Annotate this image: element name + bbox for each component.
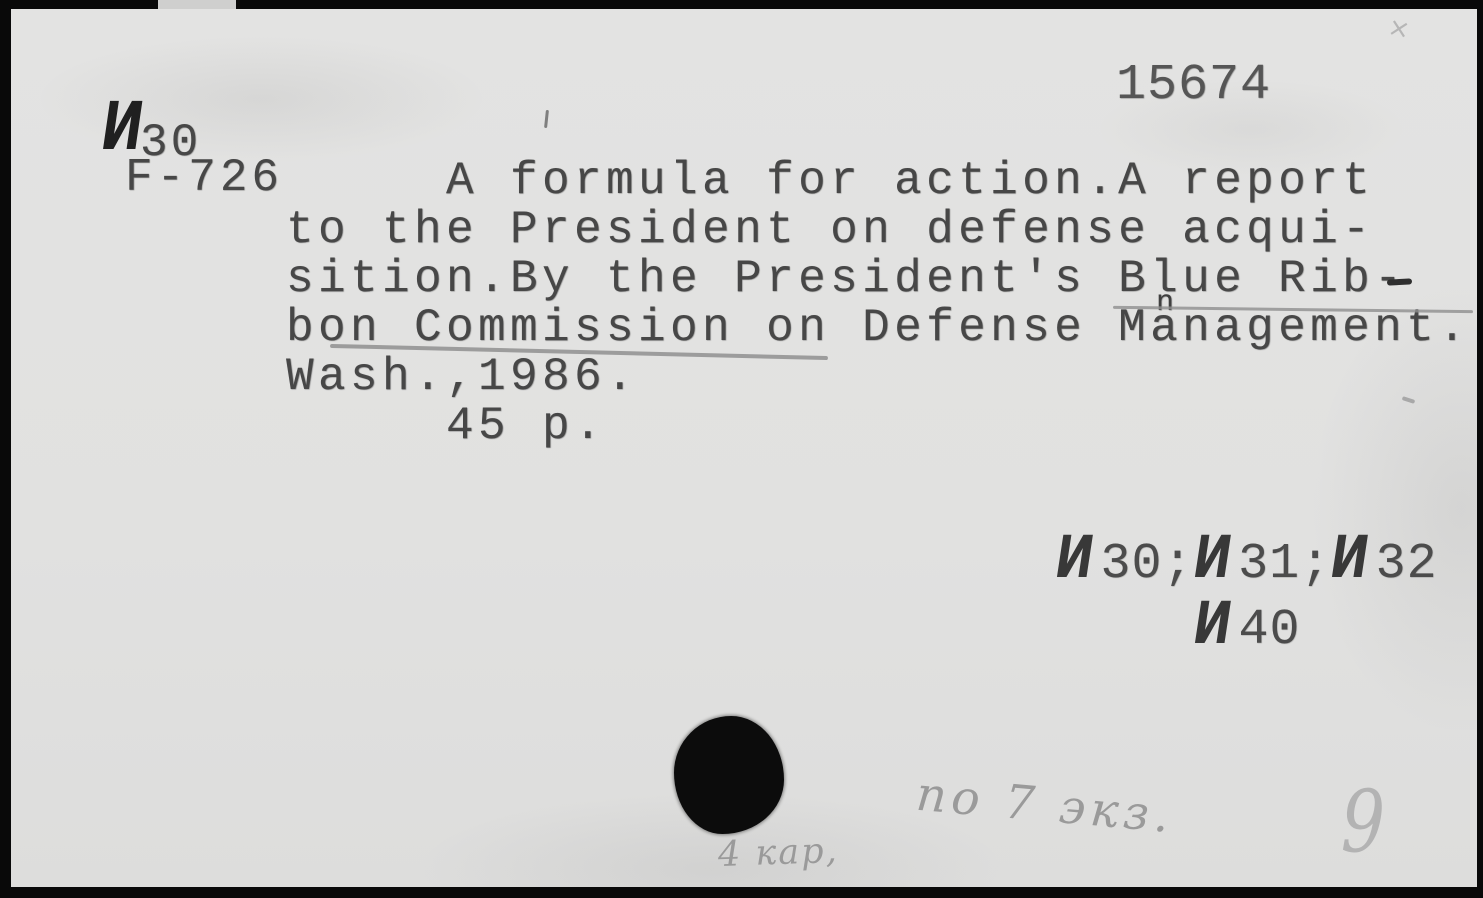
- index-codes-row-2: И40: [1194, 594, 1301, 660]
- serial-number: 15674: [1116, 57, 1271, 114]
- ink-blot: [674, 716, 784, 834]
- index-number: 30;: [1101, 536, 1194, 593]
- index-hand-letter: И: [1194, 528, 1232, 586]
- index-hand-letter: И: [1331, 528, 1369, 586]
- scan-border-right: [1477, 0, 1483, 898]
- index-hand-letter: И: [1194, 594, 1232, 652]
- index-number: 32: [1376, 536, 1438, 593]
- handwritten-tally-digit: 9: [1340, 772, 1386, 873]
- entry-line-1: A formula for action.A report: [286, 158, 1374, 204]
- index-codes-row-1: И30;И31;И32: [1056, 528, 1438, 594]
- call-number-book-code: F-726: [125, 152, 283, 204]
- index-number: 31;: [1238, 536, 1331, 593]
- index-hand-letter: И: [1056, 528, 1094, 586]
- typed-correction-letter: n: [1156, 286, 1174, 320]
- scan-border-bottom: [0, 887, 1483, 898]
- entry-line-5-imprint: Wash.,1986.: [286, 354, 638, 400]
- handwritten-cards-note: 4 кар,: [717, 831, 839, 875]
- entry-line-3: sition.By the President's Blue Rib-: [286, 256, 1406, 302]
- index-number: 40: [1239, 602, 1301, 659]
- scan-border-top-gap: [158, 0, 236, 9]
- scan-border-left: [0, 0, 11, 898]
- entry-line-6-pagination: 45 p.: [286, 403, 606, 449]
- entry-line-2: to the President on defense acqui-: [286, 207, 1374, 253]
- entry-line-4: bon Commission on Defense Management.: [286, 305, 1470, 351]
